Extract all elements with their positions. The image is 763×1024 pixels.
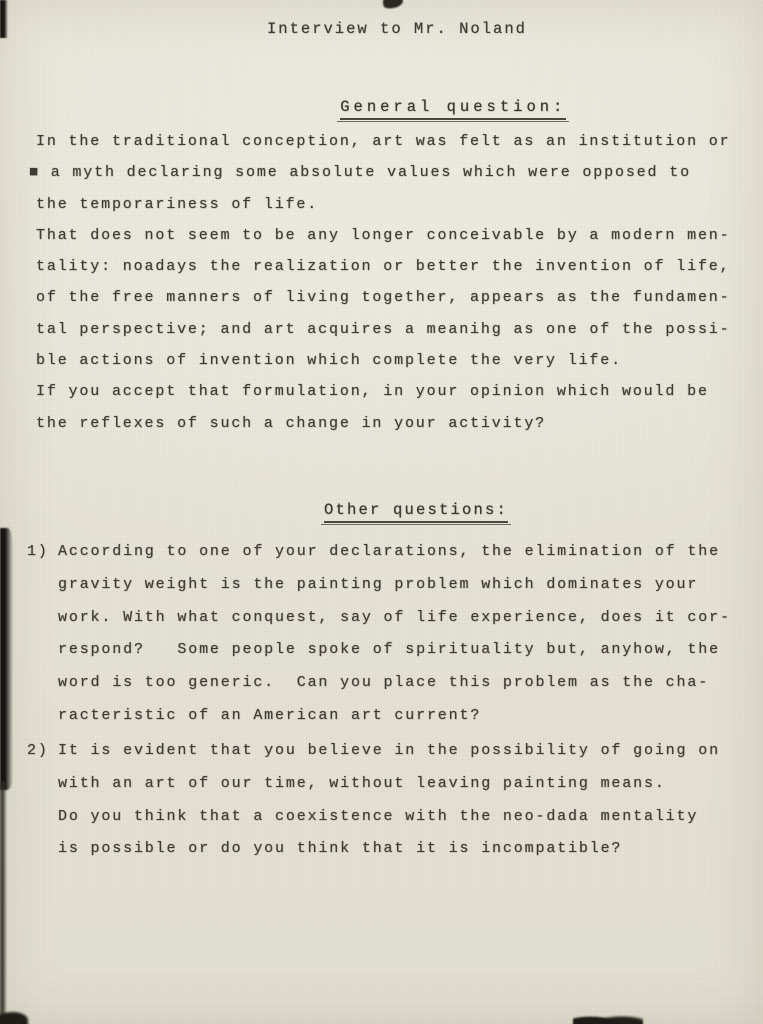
- text-line: Do you think that a coexistence with the…: [58, 801, 720, 834]
- text-line: with an art of our time, without leaving…: [58, 768, 720, 801]
- text-line: ble actions of invention which complete …: [36, 345, 731, 376]
- question-number: 2): [27, 735, 49, 768]
- text-line: word is too generic. Can you place this …: [58, 667, 731, 700]
- text-line: If you accept that formulation, in your …: [36, 376, 731, 407]
- text-line: racteristic of an American art current?: [58, 700, 731, 733]
- question-1: 1) According to one of your declarations…: [58, 536, 731, 733]
- text-line: gravity weight is the painting problem w…: [58, 569, 731, 602]
- scan-edge-shadow-left-lower: [0, 782, 7, 1024]
- text-line: is possible or do you think that it is i…: [58, 833, 720, 866]
- scan-edge-shadow-left: [0, 528, 13, 790]
- question-2: 2) It is evident that you believe in the…: [58, 735, 720, 866]
- scanned-page: Interview to Mr. Noland General question…: [0, 0, 763, 1024]
- other-questions-heading-text: Other questions:: [324, 501, 508, 523]
- ink-smudge-bottom-right: [573, 1013, 643, 1024]
- text-line: It is evident that you believe in the po…: [58, 735, 720, 768]
- text-line: tality: noadays the realization or bette…: [36, 251, 731, 282]
- text-line: tal perspective; and art acquires a mean…: [36, 314, 731, 345]
- ink-mark-top: [382, 0, 403, 9]
- question-number: 1): [27, 536, 49, 569]
- text-line: respond? Some people spoke of spirituali…: [58, 634, 731, 667]
- text-line: the reflexes of such a change in your ac…: [36, 408, 731, 439]
- scan-edge-shadow-top-left: [0, 0, 8, 38]
- text-line: work. With what conquest, say of life ex…: [58, 602, 731, 635]
- general-question-paragraph: In the traditional conception, art was f…: [36, 126, 731, 439]
- text-line: the temporariness of life.: [36, 189, 731, 220]
- text-line: of the free manners of living together, …: [36, 282, 731, 313]
- text-line: According to one of your declarations, t…: [58, 536, 731, 569]
- text-line: In the traditional conception, art was f…: [36, 126, 731, 157]
- other-questions-heading: Other questions:: [278, 483, 508, 541]
- text-line: ■ a myth declaring some absolute values …: [29, 157, 731, 188]
- ink-smudge-bottom-left: [0, 1012, 28, 1024]
- text-line: That does not seem to be any longer conc…: [36, 220, 731, 251]
- document-title: Interview to Mr. Noland: [267, 20, 527, 38]
- general-question-heading-text: General question:: [340, 98, 566, 120]
